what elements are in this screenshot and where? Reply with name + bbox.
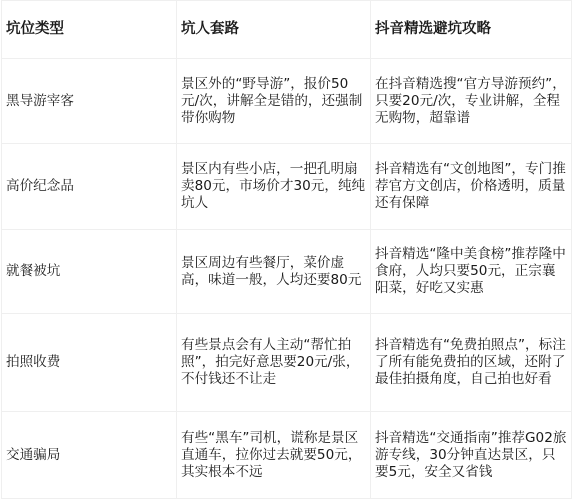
- scam-method-cell: 景区周边有些餐厅，菜价虚高，味道一般，人均还要80元: [177, 230, 371, 314]
- table-header-row: 坑位类型 坑人套路 抖音精选避坑攻略: [2, 1, 572, 59]
- trap-type-cell: 高价纪念品: [2, 144, 177, 230]
- scam-method-cell: 有些“黑车”司机，谎称是景区直通车，拉你过去就要50元，其实根本不远: [177, 412, 371, 499]
- trap-type-cell: 黑导游宰客: [2, 59, 177, 144]
- scam-avoidance-table: 坑位类型 坑人套路 抖音精选避坑攻略 黑导游宰客 景区外的“野导游”，报价50元…: [1, 0, 572, 499]
- table-row: 高价纪念品 景区内有些小店，一把孔明扇卖80元，市场价才30元，纯纯坑人 抖音精…: [2, 144, 572, 230]
- avoidance-tip-cell: 抖音精选“隆中美食榜”推荐隆中食府，人均只要50元，正宗襄阳菜，好吃又实惠: [371, 230, 572, 314]
- table-row: 交通骗局 有些“黑车”司机，谎称是景区直通车，拉你过去就要50元，其实根本不远 …: [2, 412, 572, 499]
- trap-type-cell: 就餐被坑: [2, 230, 177, 314]
- trap-type-cell: 交通骗局: [2, 412, 177, 499]
- header-scam-method: 坑人套路: [177, 1, 371, 59]
- trap-type-cell: 拍照收费: [2, 314, 177, 412]
- scam-method-cell: 有些景点会有人主动“帮忙拍照”，拍完好意思要20元/张，不付钱还不让走: [177, 314, 371, 412]
- table-row: 拍照收费 有些景点会有人主动“帮忙拍照”，拍完好意思要20元/张，不付钱还不让走…: [2, 314, 572, 412]
- avoidance-tip-cell: 抖音精选有“文创地图”，专门推荐官方文创店，价格透明，质量还有保障: [371, 144, 572, 230]
- table-row: 就餐被坑 景区周边有些餐厅，菜价虚高，味道一般，人均还要80元 抖音精选“隆中美…: [2, 230, 572, 314]
- header-avoidance-tip: 抖音精选避坑攻略: [371, 1, 572, 59]
- table-row: 黑导游宰客 景区外的“野导游”，报价50元/次，讲解全是错的，还强制带你购物 在…: [2, 59, 572, 144]
- avoidance-tip-cell: 抖音精选“交通指南”推荐G02旅游专线，30分钟直达景区，只要5元，安全又省钱: [371, 412, 572, 499]
- scam-method-cell: 景区内有些小店，一把孔明扇卖80元，市场价才30元，纯纯坑人: [177, 144, 371, 230]
- header-trap-type: 坑位类型: [2, 1, 177, 59]
- scam-method-cell: 景区外的“野导游”，报价50元/次，讲解全是错的，还强制带你购物: [177, 59, 371, 144]
- avoidance-tip-cell: 在抖音精选搜“官方导游预约”，只要20元/次，专业讲解，全程无购物，超靠谱: [371, 59, 572, 144]
- avoidance-tip-cell: 抖音精选有“免费拍照点”，标注了所有能免费拍的区域，还附了最佳拍摄角度，自己拍也…: [371, 314, 572, 412]
